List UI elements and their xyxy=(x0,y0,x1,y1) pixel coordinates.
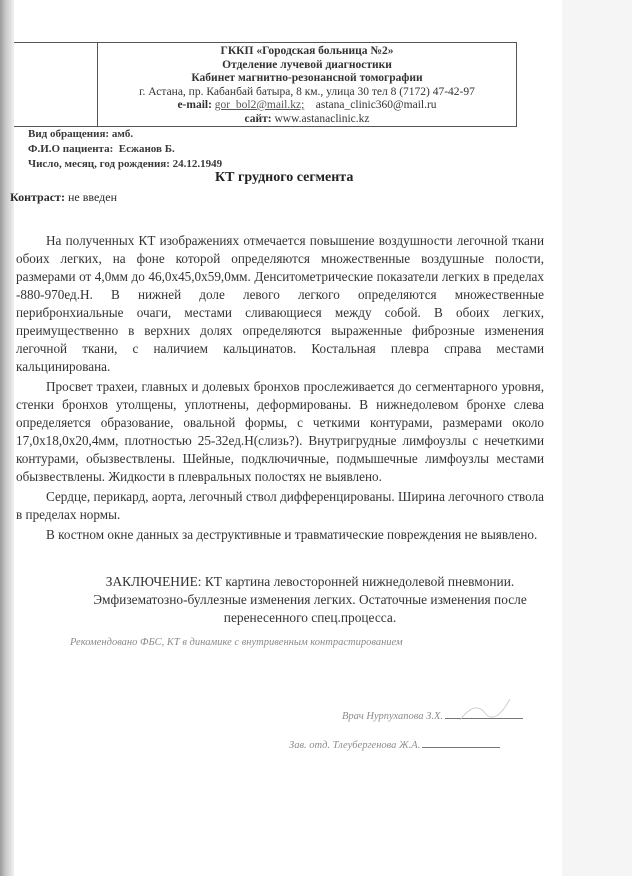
signature-scribble-icon xyxy=(455,695,515,725)
contrast-row: Контраст: не введен xyxy=(10,190,117,205)
site-line: сайт: www.astanaclinic.kz xyxy=(98,113,516,127)
findings-paragraph: На полученных КТ изображениях отмечается… xyxy=(16,232,544,376)
study-title: КТ грудного сегмента xyxy=(215,170,353,186)
letterhead-info-cell: ГККП «Городская больница №2» Отделение л… xyxy=(98,43,516,126)
patient-name-value: Есжанов Б. xyxy=(119,143,175,155)
patient-info: Вид обращения: амб. Ф.И.О пациента: Есжа… xyxy=(28,127,222,172)
conclusion-line: ЗАКЛЮЧЕНИЕ: КТ картина левосторонней ниж… xyxy=(30,573,590,591)
contrast-value: не введен xyxy=(68,190,117,204)
dob-row: Число, месяц, год рождения: 24.12.1949 xyxy=(28,157,222,172)
findings-paragraph: Сердце, перикард, аорта, легочный ствол … xyxy=(16,488,544,524)
site-label: сайт: xyxy=(244,113,271,125)
letterhead-logo-cell xyxy=(14,43,98,126)
email-line: e-mail: gor_bol2@mail.kz; astana_clinic3… xyxy=(98,99,516,113)
visit-type-label: Вид обращения: xyxy=(28,128,109,140)
conclusion-line: перенесенного спец.процесса. xyxy=(30,609,590,627)
findings-paragraph: Просвет трахеи, главных и долевых бронхо… xyxy=(16,378,544,486)
head-name: Зав. отд. Тлеубергенова Ж.А. xyxy=(289,740,420,751)
document-page: ГККП «Городская больница №2» Отделение л… xyxy=(0,0,632,876)
dob-label: Число, месяц, год рождения: xyxy=(28,158,170,170)
cabinet-name: Кабинет магнитно-резонансной томографии xyxy=(98,72,516,86)
recommendation: Рекомендовано ФБС, КТ в динамике с внутр… xyxy=(70,637,403,648)
address: г. Астана, пр. Кабанбай батыра, 8 км., у… xyxy=(98,86,516,100)
department-name: Отделение лучевой диагностики xyxy=(98,59,516,73)
findings: На полученных КТ изображениях отмечается… xyxy=(16,232,544,544)
conclusion-line: Эмфизематозно-буллезные изменения легких… xyxy=(30,591,590,609)
signature-line xyxy=(422,747,500,748)
email-2: astana_clinic360@mail.ru xyxy=(316,99,437,111)
head-signature-row: Зав. отд. Тлеубергенова Ж.А. xyxy=(289,740,500,751)
patient-name-label: Ф.И.О пациента: xyxy=(28,143,113,155)
letterhead-table: ГККП «Городская больница №2» Отделение л… xyxy=(14,42,517,127)
visit-type-value: амб. xyxy=(112,128,133,140)
conclusion: ЗАКЛЮЧЕНИЕ: КТ картина левосторонней ниж… xyxy=(30,573,590,627)
doctor-name: Врач Нурпухапова З.Х. xyxy=(342,711,443,722)
site-url: www.astanaclinic.kz xyxy=(274,113,369,125)
org-name: ГККП «Городская больница №2» xyxy=(98,45,516,59)
email-label: e-mail: xyxy=(177,99,211,111)
findings-paragraph: В костном окне данных за деструктивные и… xyxy=(16,526,544,544)
email-link-1[interactable]: gor_bol2@mail.kz; xyxy=(215,99,304,111)
dob-value: 24.12.1949 xyxy=(173,158,223,170)
contrast-label: Контраст: xyxy=(10,190,65,204)
visit-type-row: Вид обращения: амб. xyxy=(28,127,222,142)
patient-name-row: Ф.И.О пациента: Есжанов Б. xyxy=(28,142,222,157)
